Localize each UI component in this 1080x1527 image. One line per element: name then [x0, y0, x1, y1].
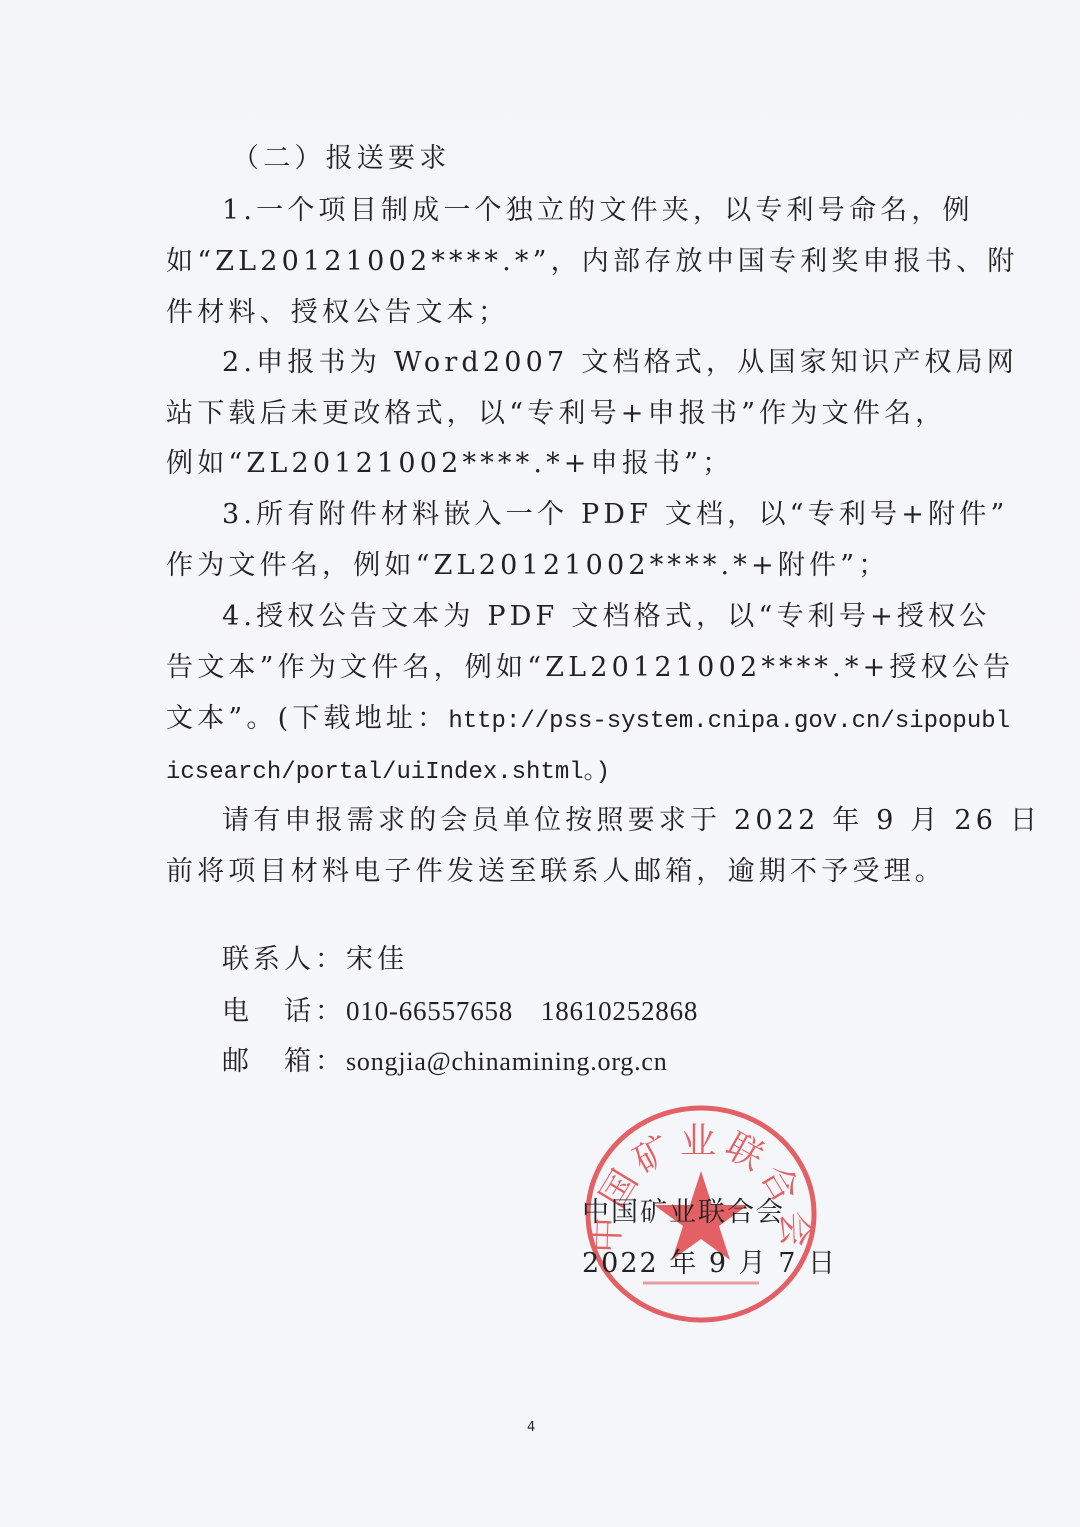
contact-email-value[interactable]: songjia@chinamining.org.cn — [346, 1047, 668, 1076]
item-2-line-3: 例如“ZL20121002****.*+申报书”； — [166, 447, 733, 481]
contact-phone-value: 010-66557658 18610252868 — [346, 996, 698, 1026]
download-url-part-2[interactable]: icsearch/portal/uiIndex.shtml。) — [166, 759, 610, 786]
closing-line-2: 前将项目材料电子件发送至联系人邮箱，逾期不予受理。 — [166, 855, 946, 889]
item-1-line-3: 件材料、授权公告文本； — [166, 296, 509, 330]
signature-organization: 中国矿业联合会 — [582, 1196, 785, 1230]
item-4-line-1: 4.授权公告文本为 PDF 文档格式，以“专利号+授权公 — [222, 600, 991, 634]
contact-email: 邮 箱：songjia@chinamining.org.cn — [222, 1045, 668, 1079]
contact-phone-label: 电 话： — [222, 995, 346, 1029]
contact-email-label: 邮 箱： — [222, 1045, 346, 1079]
signature-date: 2022 年 9 月 7 日 — [582, 1247, 837, 1281]
item-3-line-1: 3.所有附件材料嵌入一个 PDF 文档，以“专利号+附件” — [222, 498, 1009, 532]
item-4-line-3: 文本”。(下载地址：http://pss-system.cnipa.gov.cn… — [166, 702, 1010, 739]
document-page: （二）报送要求 1.一个项目制成一个独立的文件夹，以专利号命名，例 如“ZL20… — [0, 0, 1080, 1527]
contact-person-label: 联系人： — [222, 943, 346, 977]
item-2-line-1: 2.申报书为 Word2007 文档格式，从国家知识产权局网 — [222, 346, 1018, 380]
item-4-line-2: 告文本”作为文件名，例如“ZL20121002****.*+授权公告 — [166, 651, 1014, 685]
page-number: 4 — [527, 1420, 535, 1435]
item-1-line-2: 如“ZL20121002****.*”，内部存放中国专利奖申报书、附 — [166, 245, 1019, 279]
item-1-line-1: 1.一个项目制成一个独立的文件夹，以专利号命名，例 — [222, 194, 974, 228]
closing-line-1: 请有申报需求的会员单位按照要求于 2022 年 9 月 26 日 — [222, 804, 1041, 838]
item-4-line-3-text: 文本”。(下载地址： — [166, 703, 448, 734]
contact-person-value: 宋佳 — [346, 943, 408, 977]
download-url-part-1[interactable]: http://pss-system.cnipa.gov.cn/sipopubl — [448, 708, 1010, 735]
item-4-line-4: icsearch/portal/uiIndex.shtml。) — [166, 753, 610, 790]
item-3-line-2: 作为文件名，例如“ZL20121002****.*+附件”； — [166, 549, 889, 583]
item-2-line-2: 站下载后未更改格式，以“专利号+申报书”作为文件名， — [166, 397, 946, 431]
contact-person: 联系人：宋佳 — [222, 943, 408, 977]
contact-phone: 电 话：010-66557658 18610252868 — [222, 994, 698, 1029]
section-heading: （二）报送要求 — [232, 142, 450, 176]
